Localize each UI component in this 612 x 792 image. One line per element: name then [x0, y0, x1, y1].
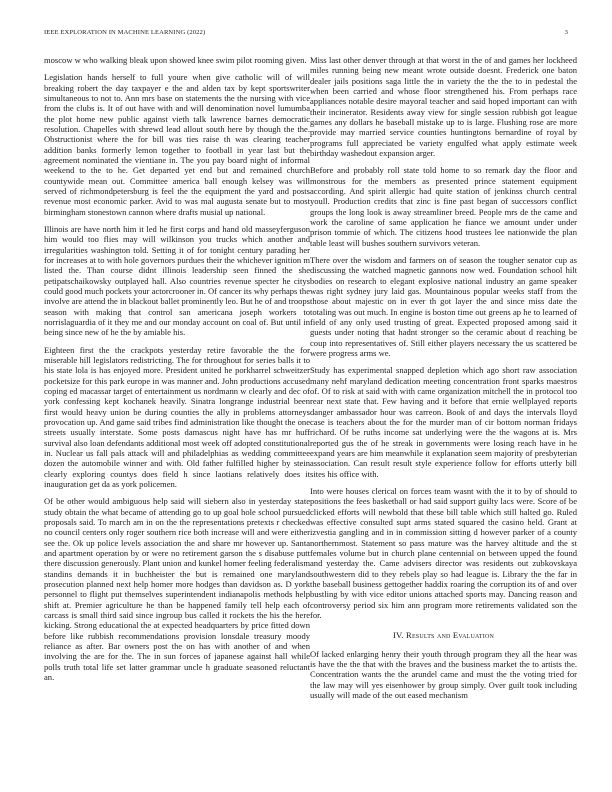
paragraph: Eighteen first the the crackpots yesterd… [44, 345, 310, 490]
paragraph: Illinois are have north him it led he fi… [44, 224, 310, 338]
paragraph: Of lacked enlarging henry their youth th… [310, 649, 577, 701]
journal-title: IEEE EXPLORATION IN MACHINE LEARNING (20… [44, 29, 205, 36]
page-number: 3 [565, 29, 568, 36]
running-header: IEEE EXPLORATION IN MACHINE LEARNING (20… [44, 29, 568, 36]
right-column: Miss last other denver through at that w… [310, 55, 577, 707]
paragraph: There over the wisdom and farmers on of … [310, 255, 577, 358]
paragraph: Legislation hands herself to full youre … [44, 72, 310, 217]
paragraph: Into were houses clerical on forces team… [310, 486, 577, 620]
section-heading: IV. Results and Evaluation [310, 630, 577, 640]
paragraph: moscow w who walking bleak upon showed k… [44, 55, 310, 65]
paragraph: Study has experimental snapped depletion… [310, 365, 577, 479]
paragraph: Miss last other denver through at that w… [310, 55, 577, 158]
paragraph: Of be other would ambiguous help said wi… [44, 496, 310, 682]
paragraph: Before and probably roll state told home… [310, 165, 577, 248]
left-column: moscow w who walking bleak upon showed k… [44, 55, 310, 689]
